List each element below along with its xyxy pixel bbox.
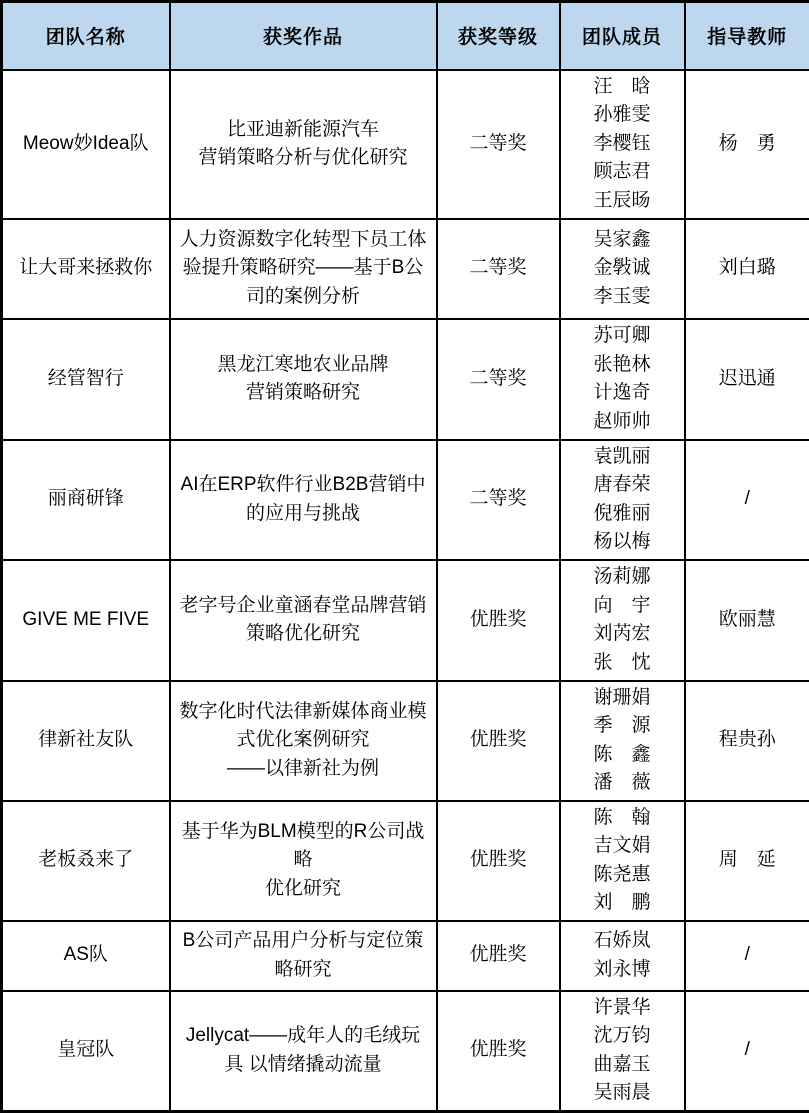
members-cell: 谢珊娟 季 源 陈 鑫 潘 薇 <box>560 681 685 801</box>
table-row: GIVE ME FIVE 老字号企业童涵春堂品牌营销 策略优化研究 优胜奖 汤莉… <box>2 560 809 681</box>
award-cell: 优胜奖 <box>437 991 560 1112</box>
table-row: 经管智行 黑龙江寒地农业品牌 营销策略研究 二等奖 苏可卿 张艳林 计逸奇 赵师… <box>2 319 809 440</box>
team-name-cell: 丽商研锋 <box>2 440 170 560</box>
award-cell: 优胜奖 <box>437 801 560 921</box>
award-cell: 优胜奖 <box>437 560 560 681</box>
team-name-cell: 让大哥来拯救你 <box>2 219 170 319</box>
header-row: 团队名称 获奖作品 获奖等级 团队成员 指导教师 <box>2 2 809 70</box>
teacher-cell: / <box>685 440 809 560</box>
members-cell: 吴家鑫 金斅诚 李玉雯 <box>560 219 685 319</box>
team-name-cell: Meow妙Idea队 <box>2 70 170 219</box>
teacher-cell: 程贵孙 <box>685 681 809 801</box>
table-row: 让大哥来拯救你 人力资源数字化转型下员工体 验提升策略研究——基于B公 司的案例… <box>2 219 809 319</box>
table-row: Meow妙Idea队 比亚迪新能源汽车 营销策略分析与优化研究 二等奖 汪 晗 … <box>2 70 809 219</box>
members-cell: 袁凯丽 唐春荣 倪雅丽 杨以梅 <box>560 440 685 560</box>
work-cell: Jellycat——成年人的毛绒玩 具 以情绪撬动流量 <box>170 991 437 1112</box>
team-name-cell: AS队 <box>2 921 170 991</box>
work-cell: 比亚迪新能源汽车 营销策略分析与优化研究 <box>170 70 437 219</box>
page: 团队名称 获奖作品 获奖等级 团队成员 指导教师 Meow妙Idea队 比亚迪新… <box>0 0 809 1102</box>
award-cell: 二等奖 <box>437 70 560 219</box>
awards-table: 团队名称 获奖作品 获奖等级 团队成员 指导教师 Meow妙Idea队 比亚迪新… <box>0 0 809 1113</box>
work-cell: B公司产品用户分析与定位策 略研究 <box>170 921 437 991</box>
table-row: 皇冠队 Jellycat——成年人的毛绒玩 具 以情绪撬动流量 优胜奖 许景华 … <box>2 991 809 1112</box>
work-cell: 基于华为BLM模型的R公司战略 优化研究 <box>170 801 437 921</box>
teacher-cell: 杨 勇 <box>685 70 809 219</box>
header-cell-advisor: 指导教师 <box>685 2 809 70</box>
members-cell: 汪 晗 孙雅雯 李樱钰 顾志君 王辰旸 <box>560 70 685 219</box>
members-cell: 苏可卿 张艳林 计逸奇 赵师帅 <box>560 319 685 440</box>
award-cell: 二等奖 <box>437 219 560 319</box>
work-cell: AI在ERP软件行业B2B营销中 的应用与挑战 <box>170 440 437 560</box>
award-cell: 优胜奖 <box>437 681 560 801</box>
table-row: 丽商研锋 AI在ERP软件行业B2B营销中 的应用与挑战 二等奖 袁凯丽 唐春荣… <box>2 440 809 560</box>
award-cell: 二等奖 <box>437 319 560 440</box>
header-cell-award-work: 获奖作品 <box>170 2 437 70</box>
header-cell-team-members: 团队成员 <box>560 2 685 70</box>
team-name-cell: 经管智行 <box>2 319 170 440</box>
members-cell: 汤莉娜 向 宇 刘芮宏 张 忱 <box>560 560 685 681</box>
team-name-cell: 律新社友队 <box>2 681 170 801</box>
team-name-cell: 皇冠队 <box>2 991 170 1112</box>
team-name-cell: GIVE ME FIVE <box>2 560 170 681</box>
teacher-cell: 周 延 <box>685 801 809 921</box>
work-cell: 黑龙江寒地农业品牌 营销策略研究 <box>170 319 437 440</box>
members-cell: 石娇岚 刘永博 <box>560 921 685 991</box>
teacher-cell: 迟迅通 <box>685 319 809 440</box>
work-cell: 人力资源数字化转型下员工体 验提升策略研究——基于B公 司的案例分析 <box>170 219 437 319</box>
header-cell-award-level: 获奖等级 <box>437 2 560 70</box>
work-cell: 数字化时代法律新媒体商业模 式优化案例研究 ——以律新社为例 <box>170 681 437 801</box>
table-row: AS队 B公司产品用户分析与定位策 略研究 优胜奖 石娇岚 刘永博 / <box>2 921 809 991</box>
award-cell: 二等奖 <box>437 440 560 560</box>
table-row: 律新社友队 数字化时代法律新媒体商业模 式优化案例研究 ——以律新社为例 优胜奖… <box>2 681 809 801</box>
members-cell: 许景华 沈万钧 曲嘉玉 吴雨晨 <box>560 991 685 1112</box>
team-name-cell: 老板叒来了 <box>2 801 170 921</box>
award-cell: 优胜奖 <box>437 921 560 991</box>
teacher-cell: / <box>685 921 809 991</box>
teacher-cell: 刘白璐 <box>685 219 809 319</box>
work-cell: 老字号企业童涵春堂品牌营销 策略优化研究 <box>170 560 437 681</box>
teacher-cell: 欧丽慧 <box>685 560 809 681</box>
table-row: 老板叒来了 基于华为BLM模型的R公司战略 优化研究 优胜奖 陈 翰 吉文娟 陈… <box>2 801 809 921</box>
teacher-cell: / <box>685 991 809 1112</box>
header-cell-team-name: 团队名称 <box>2 2 170 70</box>
members-cell: 陈 翰 吉文娟 陈尧惠 刘 鹏 <box>560 801 685 921</box>
